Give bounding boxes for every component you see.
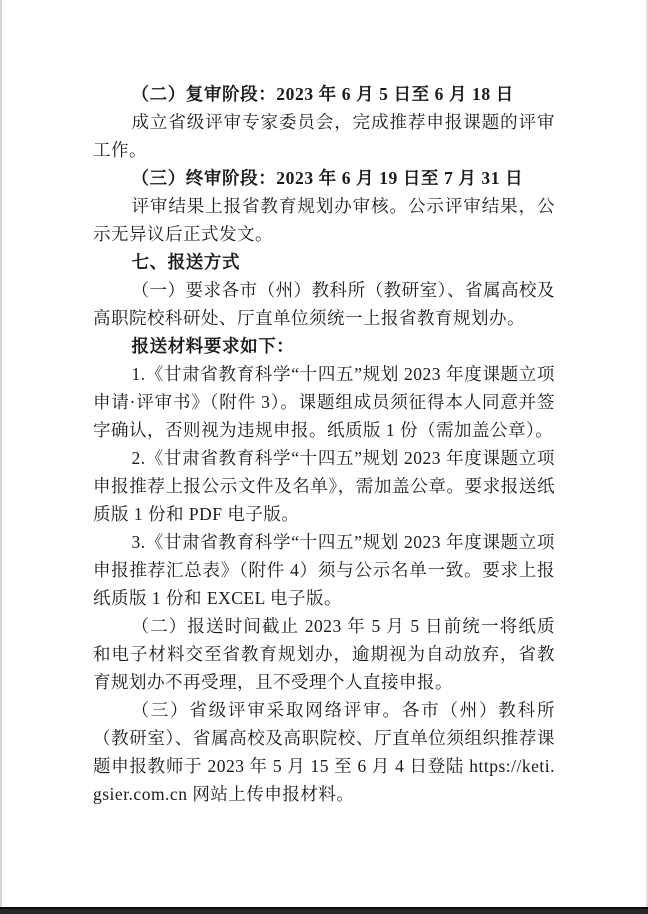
page-left-edge-line xyxy=(0,0,2,914)
heading-final-review-stage: （三）终审阶段：2023 年 6 月 19 日至 7 月 31 日 xyxy=(93,164,555,192)
para-second-review-detail: 成立省级评审专家委员会，完成推荐申报课题的评审工作。 xyxy=(93,108,555,164)
para-submission-deadline: （二）报送时间截止 2023 年 5 月 5 日前统一将纸质和电子材料交至省教育… xyxy=(93,612,555,696)
page-bottom-edge-bar xyxy=(0,907,648,914)
heading-material-requirements: 报送材料要求如下： xyxy=(93,332,555,360)
document-body: （二）复审阶段：2023 年 6 月 5 日至 6 月 18 日 成立省级评审专… xyxy=(93,80,555,808)
para-final-review-detail: 评审结果上报省教育规划办审核。公示评审结果，公示无异议后正式发文。 xyxy=(93,192,555,248)
para-online-review-and-upload: （三）省级评审采取网络评审。各市（州）教科所（教研室）、省属高校及高职院校、厅直… xyxy=(93,696,555,808)
heading-section-seven-submission-method: 七、报送方式 xyxy=(93,248,555,276)
heading-second-review-stage: （二）复审阶段：2023 年 6 月 5 日至 6 月 18 日 xyxy=(93,80,555,108)
para-material-requirement-3: 3.《甘肃省教育科学“十四五”规划 2023 年度课题立项申报推荐汇总表》（附件… xyxy=(93,528,555,612)
document-page: （二）复审阶段：2023 年 6 月 5 日至 6 月 18 日 成立省级评审专… xyxy=(0,0,648,914)
para-material-requirement-2: 2.《甘肃省教育科学“十四五”规划 2023 年度课题立项申报推荐上报公示文件及… xyxy=(93,444,555,528)
para-material-requirement-1: 1.《甘肃省教育科学“十四五”规划 2023 年度课题立项申请·评审书》（附件 … xyxy=(93,360,555,444)
para-submission-item-one: （一）要求各市（州）教科所（教研室）、省属高校及高职院校科研处、厅直单位须统一上… xyxy=(93,276,555,332)
